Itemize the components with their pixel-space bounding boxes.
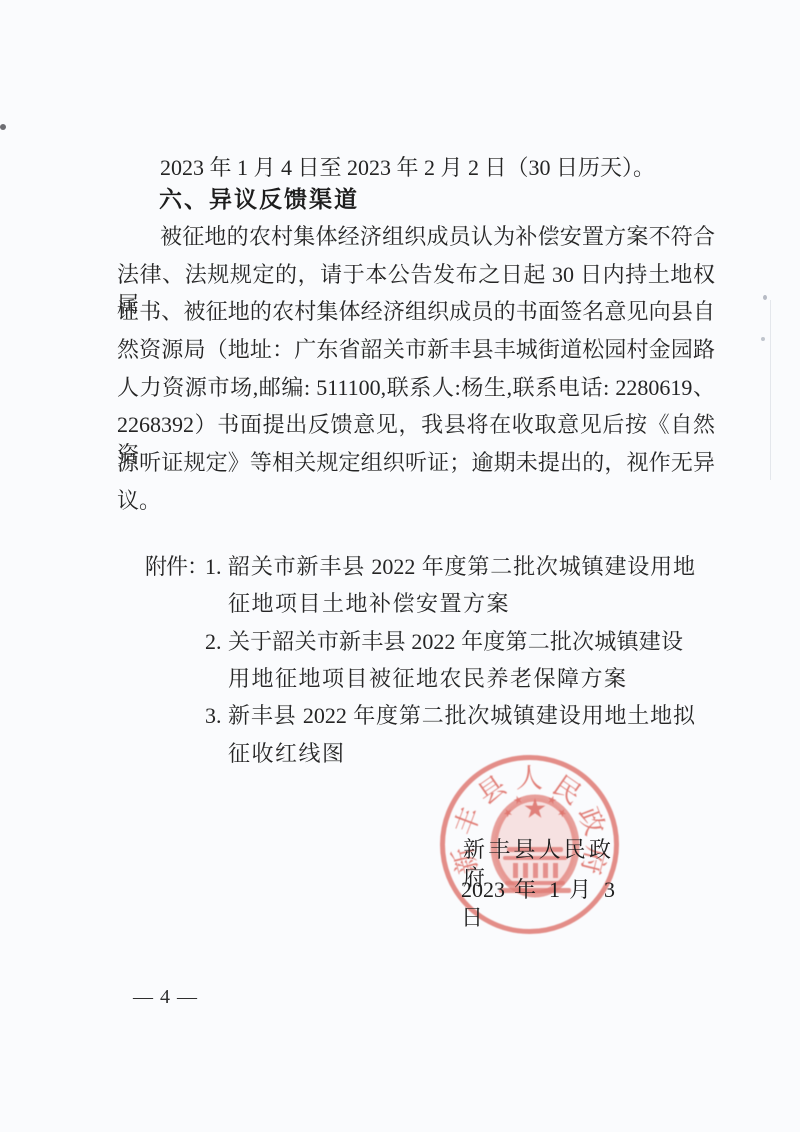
seal-ring-char: 丰 bbox=[449, 803, 487, 839]
scan-speck bbox=[763, 295, 767, 300]
attachment-label: 附件： bbox=[145, 552, 208, 582]
attachment-line: 新丰县 2022 年度第二批次城镇建设用地土地拟 bbox=[228, 701, 695, 731]
scan-speck bbox=[0, 124, 6, 130]
scanned-document-page: 2023 年 1 月 4 日至 2023 年 2 月 2 日（30 日历天）。 … bbox=[0, 0, 800, 1132]
scan-speck bbox=[761, 337, 765, 341]
intro-line: 2023 年 1 月 4 日至 2023 年 2 月 2 日（30 日历天）。 bbox=[160, 153, 655, 183]
page-number: — 4 — bbox=[133, 986, 198, 1009]
paragraph-line: 人力资源市场,邮编: 511100,联系人:杨生,联系电话: 2280619、 bbox=[117, 373, 715, 403]
signature-date: 2023 年 1 月 3 日 bbox=[461, 876, 615, 932]
paragraph-line: 证书、被征地的农村集体经济组织成员的书面签名意见向县自 bbox=[117, 297, 715, 327]
attachment-line: 韶关市新丰县 2022 年度第二批次城镇建设用地 bbox=[228, 552, 695, 582]
paragraph-line: 然资源局（地址：广东省韶关市新丰县丰城街道松园村金园路 bbox=[117, 335, 715, 365]
attachment-line: 征地项目土地补偿安置方案 bbox=[228, 589, 510, 619]
attachment-item-number: 2. bbox=[205, 627, 222, 657]
attachment-line: 关于韶关市新丰县 2022 年度第二批次城镇建设 bbox=[228, 627, 683, 657]
scan-line-artifact bbox=[770, 300, 771, 480]
seal-ring-char: 人 bbox=[516, 764, 543, 794]
attachment-item-number: 1. bbox=[205, 552, 222, 582]
attachment-line: 征收红线图 bbox=[228, 739, 346, 769]
attachment-item-number: 3. bbox=[205, 701, 222, 731]
section-heading: 六、异议反馈渠道 bbox=[159, 184, 359, 214]
attachment-line: 用地征地项目被征地农民养老保障方案 bbox=[228, 664, 628, 694]
paragraph-line: 源听证规定》等相关规定组织听证；逾期未提出的，视作无异 bbox=[117, 448, 715, 478]
paragraph-line: 被征地的农村集体经济组织成员认为补偿安置方案不符合 bbox=[160, 222, 715, 252]
paragraph-line: 议。 bbox=[117, 486, 161, 516]
